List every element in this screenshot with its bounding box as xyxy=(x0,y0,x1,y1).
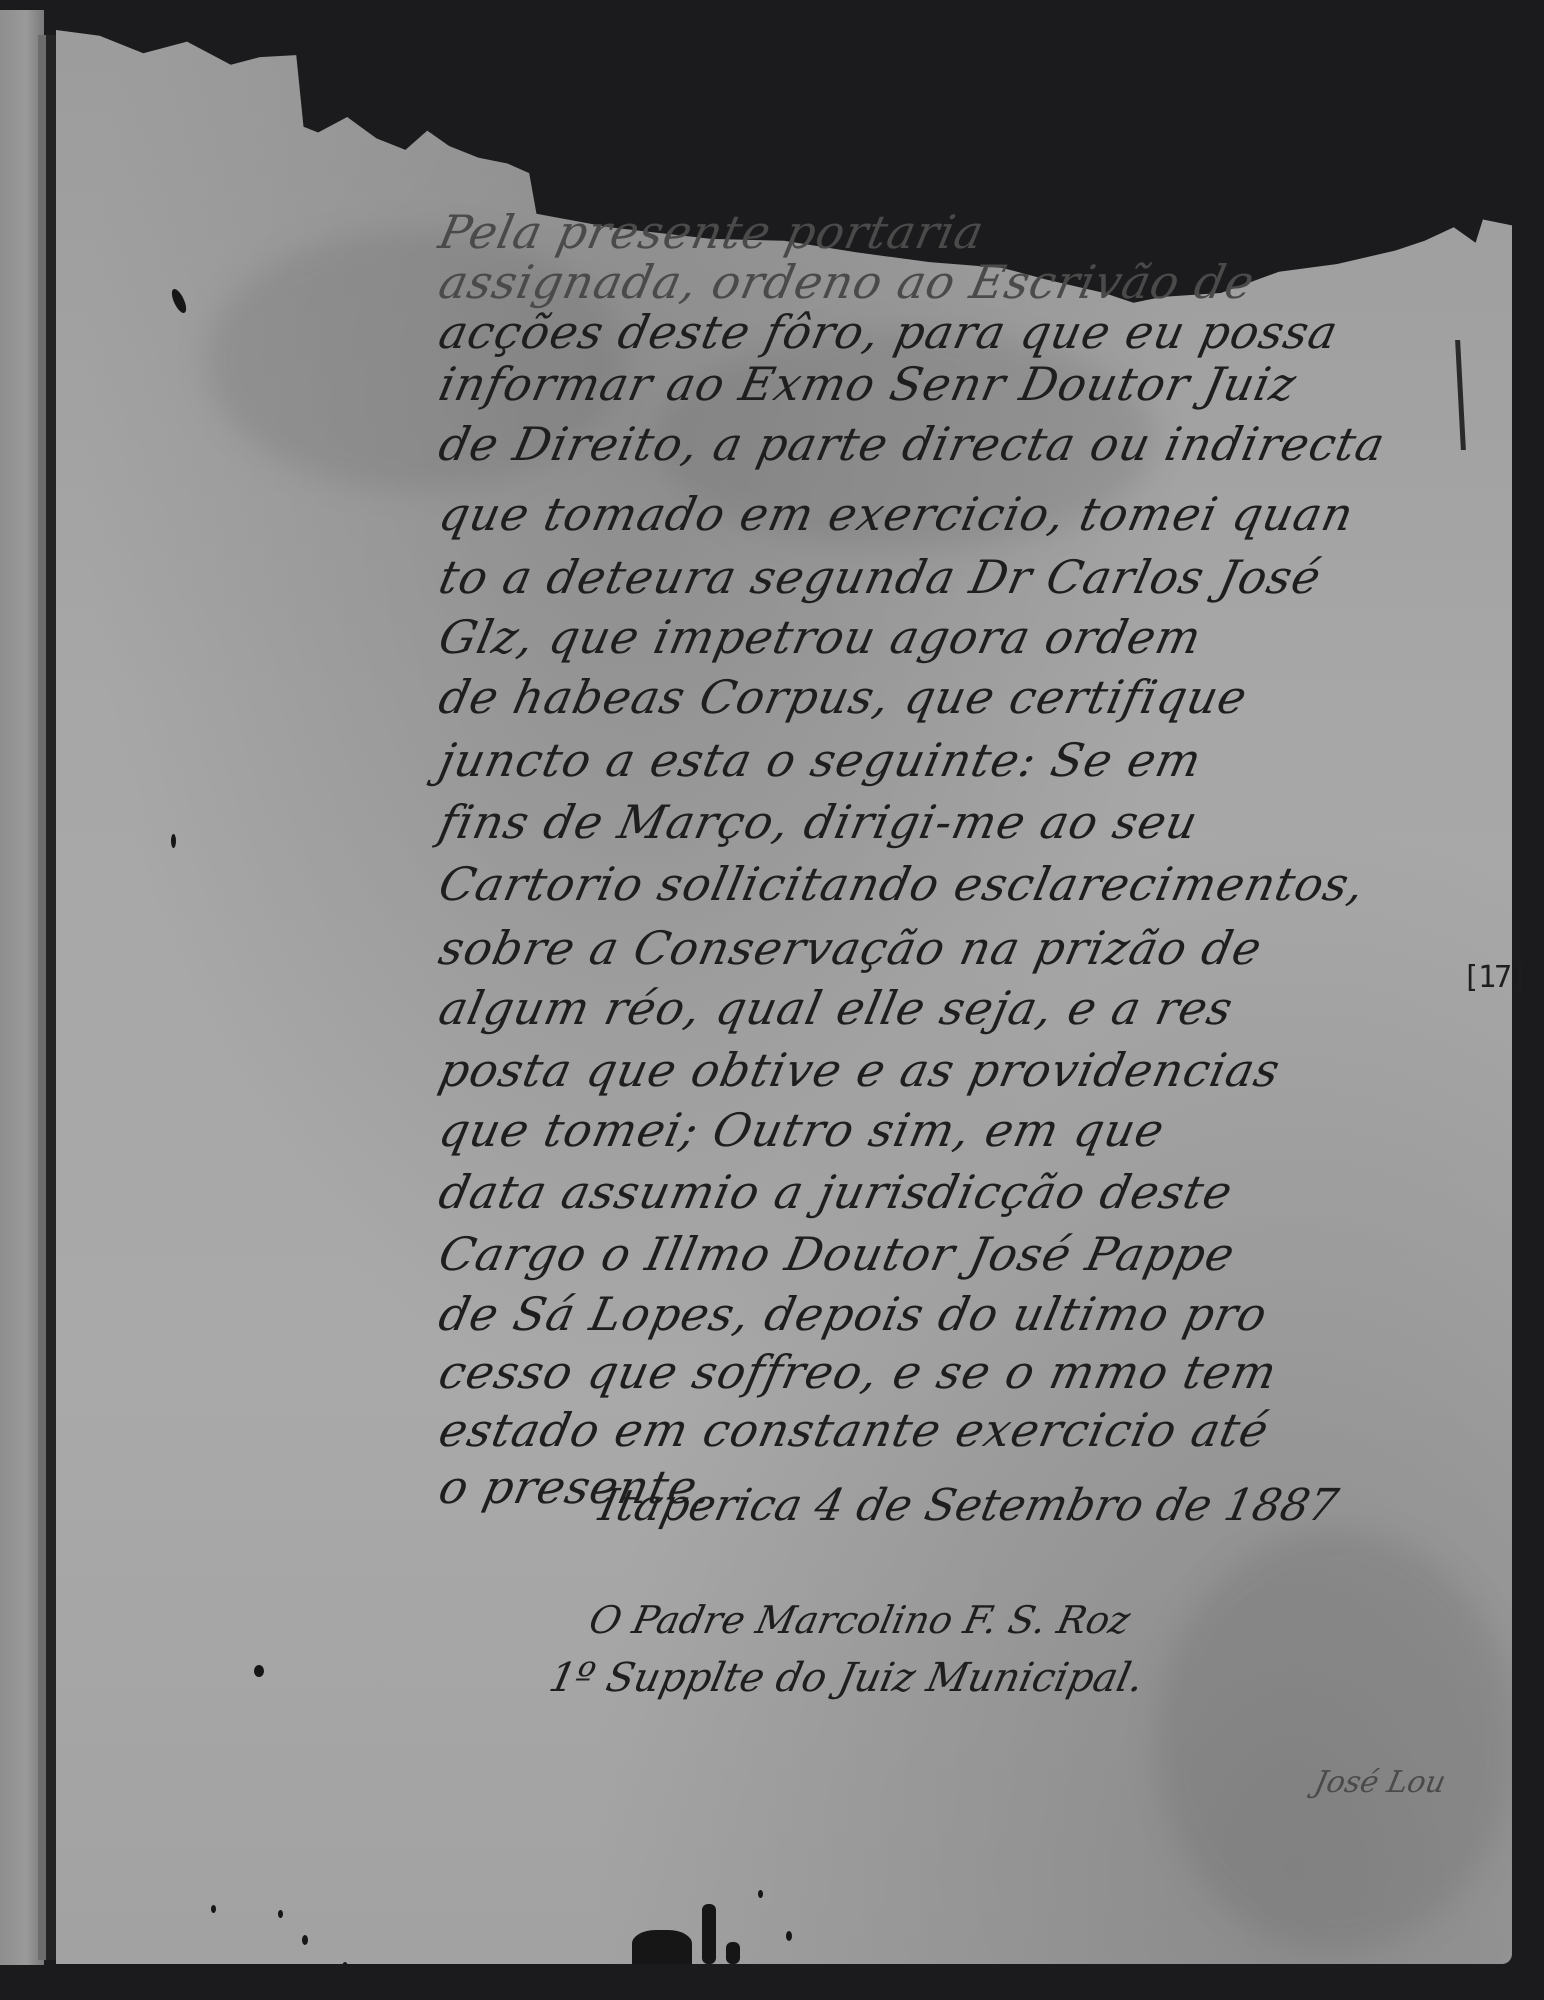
ink-spot xyxy=(278,1910,283,1918)
ink-spot xyxy=(287,1967,291,1973)
manuscript-line: que tomei; Outro sim, em que xyxy=(434,1103,1169,1157)
ink-spot xyxy=(342,1962,348,1972)
manuscript-line: acções deste fôro, para que eu possa xyxy=(434,305,1343,359)
ink-drip xyxy=(702,1904,716,1964)
manuscript-line: sobre a Conservação na prizão de xyxy=(434,921,1267,975)
manuscript-line: juncto a esta o seguinte: Se em xyxy=(434,733,1207,787)
manuscript-line: algum réo, qual elle seja, e a res xyxy=(434,981,1238,1035)
dateline: Itaperica 4 de Setembro de 1887 xyxy=(595,1480,1343,1531)
ink-spot xyxy=(171,834,176,848)
ink-spot xyxy=(254,1665,264,1677)
folio-number: [17] xyxy=(1462,960,1526,995)
manuscript-line: assignada, ordeno ao Escrivão de xyxy=(434,255,1260,309)
binding-shadow xyxy=(38,35,46,1960)
signature-name: O Padre Marcolino F. S. Roz xyxy=(585,1598,1134,1642)
manuscript-line: Cartorio sollicitando esclarecimentos, xyxy=(434,857,1370,911)
scanned-page: Pela presente portaria assignada, ordeno… xyxy=(0,0,1544,2000)
manuscript-line: Pela presente portaria xyxy=(434,205,989,259)
ink-drip xyxy=(726,1942,740,1964)
manuscript-line: posta que obtive e as providencias xyxy=(434,1043,1285,1097)
binding-gutter xyxy=(46,35,56,1960)
manuscript-line: informar ao Exmo Senr Doutor Juiz xyxy=(434,357,1301,411)
manuscript-line: de Sá Lopes, depois do ultimo pro xyxy=(434,1287,1272,1341)
signature-title: 1º Supplte do Juiz Municipal. xyxy=(545,1655,1148,1701)
manuscript-line: de Direito, a parte directa ou indirecta xyxy=(434,417,1390,471)
ink-spot xyxy=(302,1935,308,1945)
ink-spot xyxy=(211,1905,216,1913)
marginal-note: José Lou xyxy=(1311,1765,1449,1800)
ink-spot xyxy=(169,287,189,315)
manuscript-line: Glz, que impetrou agora ordem xyxy=(434,610,1206,664)
manuscript-line: to a deteura segunda Dr Carlos José xyxy=(434,550,1326,604)
manuscript-line: que tomado em exercicio, tomei quan xyxy=(434,487,1359,541)
ink-spot xyxy=(758,1890,763,1898)
manuscript-line: estado em constante exercicio até xyxy=(434,1403,1274,1457)
manuscript-line: data assumio a jurisdicção deste xyxy=(434,1165,1237,1219)
ink-spot xyxy=(786,1931,792,1941)
ink-blot-bottom xyxy=(632,1930,692,1964)
manuscript-line: cesso que soffreo, e se o mmo tem xyxy=(434,1345,1282,1399)
manuscript-line: de habeas Corpus, que certifique xyxy=(434,670,1252,724)
manuscript-line: fins de Março, dirigi-me ao seu xyxy=(434,795,1203,849)
manuscript-line: Cargo o Illmo Doutor José Pappe xyxy=(434,1227,1240,1281)
ink-spot xyxy=(287,1967,291,1973)
water-stain xyxy=(1156,1530,1516,1950)
